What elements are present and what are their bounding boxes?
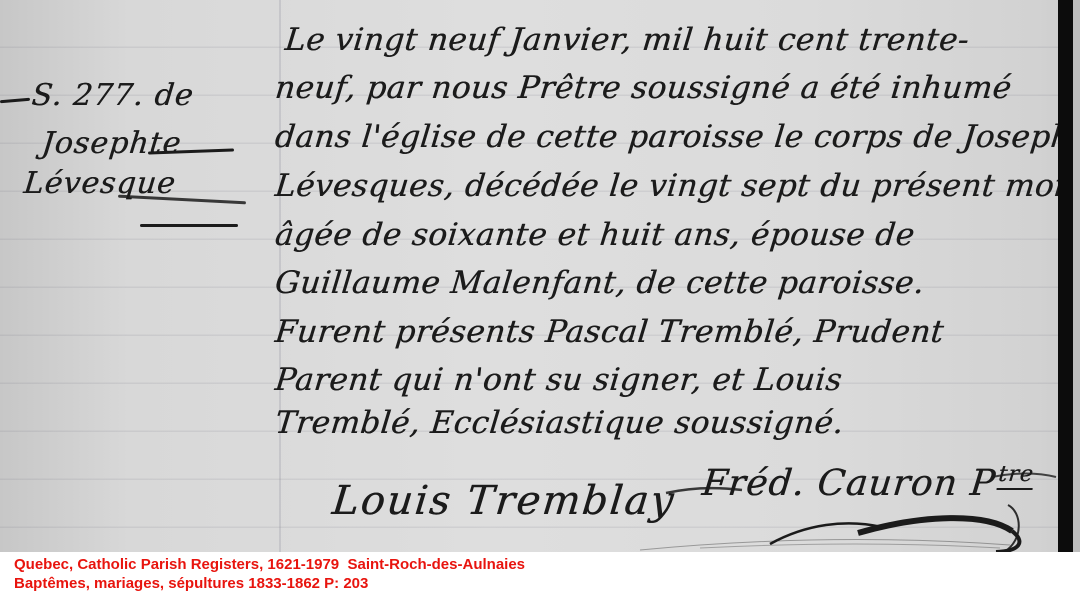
body-line-4: Lévesques, décédée le vingt sept du prés…	[272, 168, 1080, 216]
body-line-8: Parent qui n'ont su signer, et Louis	[272, 362, 844, 410]
body-line-7: Furent présents Pascal Tremblé, Prudent	[272, 314, 946, 362]
margin-edge-dash	[0, 98, 30, 104]
signature-priest-superscript: tre	[997, 462, 1035, 490]
margin-name-line-1: Josephte	[40, 126, 183, 161]
caption-bar: Quebec, Catholic Parish Registers, 1621-…	[0, 552, 1080, 593]
body-line-1: Le vingt neuf Janvier, mil huit cent tre…	[282, 22, 971, 70]
register-scan-page: S. 277. de Josephte Lévesque Le vingt ne…	[0, 0, 1080, 552]
scan-edge-gray-strip	[1073, 0, 1080, 552]
margin-entry-number: S. 277. de	[30, 78, 196, 113]
body-line-9: Tremblé, Ecclésiastique soussigné.	[272, 405, 846, 453]
body-line-6: Guillaume Malenfant, de cette paroisse.	[272, 265, 926, 313]
body-line-3: dans l'église de cette paroisse le corps…	[272, 119, 1080, 167]
body-line-5: âgée de soixante et huit ans, épouse de	[272, 217, 917, 265]
caption-collection: Quebec, Catholic Parish Registers, 1621-…	[14, 555, 1080, 574]
scan-edge-black-band	[1058, 0, 1073, 552]
body-line-2: neuf, par nous Prêtre soussigné a été in…	[272, 70, 1013, 118]
signature-priest-name: Fréd. Cauron P	[700, 463, 998, 504]
signature-witness: Louis Tremblay	[330, 478, 678, 524]
signature-priest: Fréd. Cauron Ptre	[700, 462, 1035, 504]
margin-name-underline	[140, 224, 238, 227]
parish-register-screenshot: S. 277. de Josephte Lévesque Le vingt ne…	[0, 0, 1080, 593]
caption-volume-page: Baptêmes, mariages, sépultures 1833-1862…	[14, 574, 1080, 593]
